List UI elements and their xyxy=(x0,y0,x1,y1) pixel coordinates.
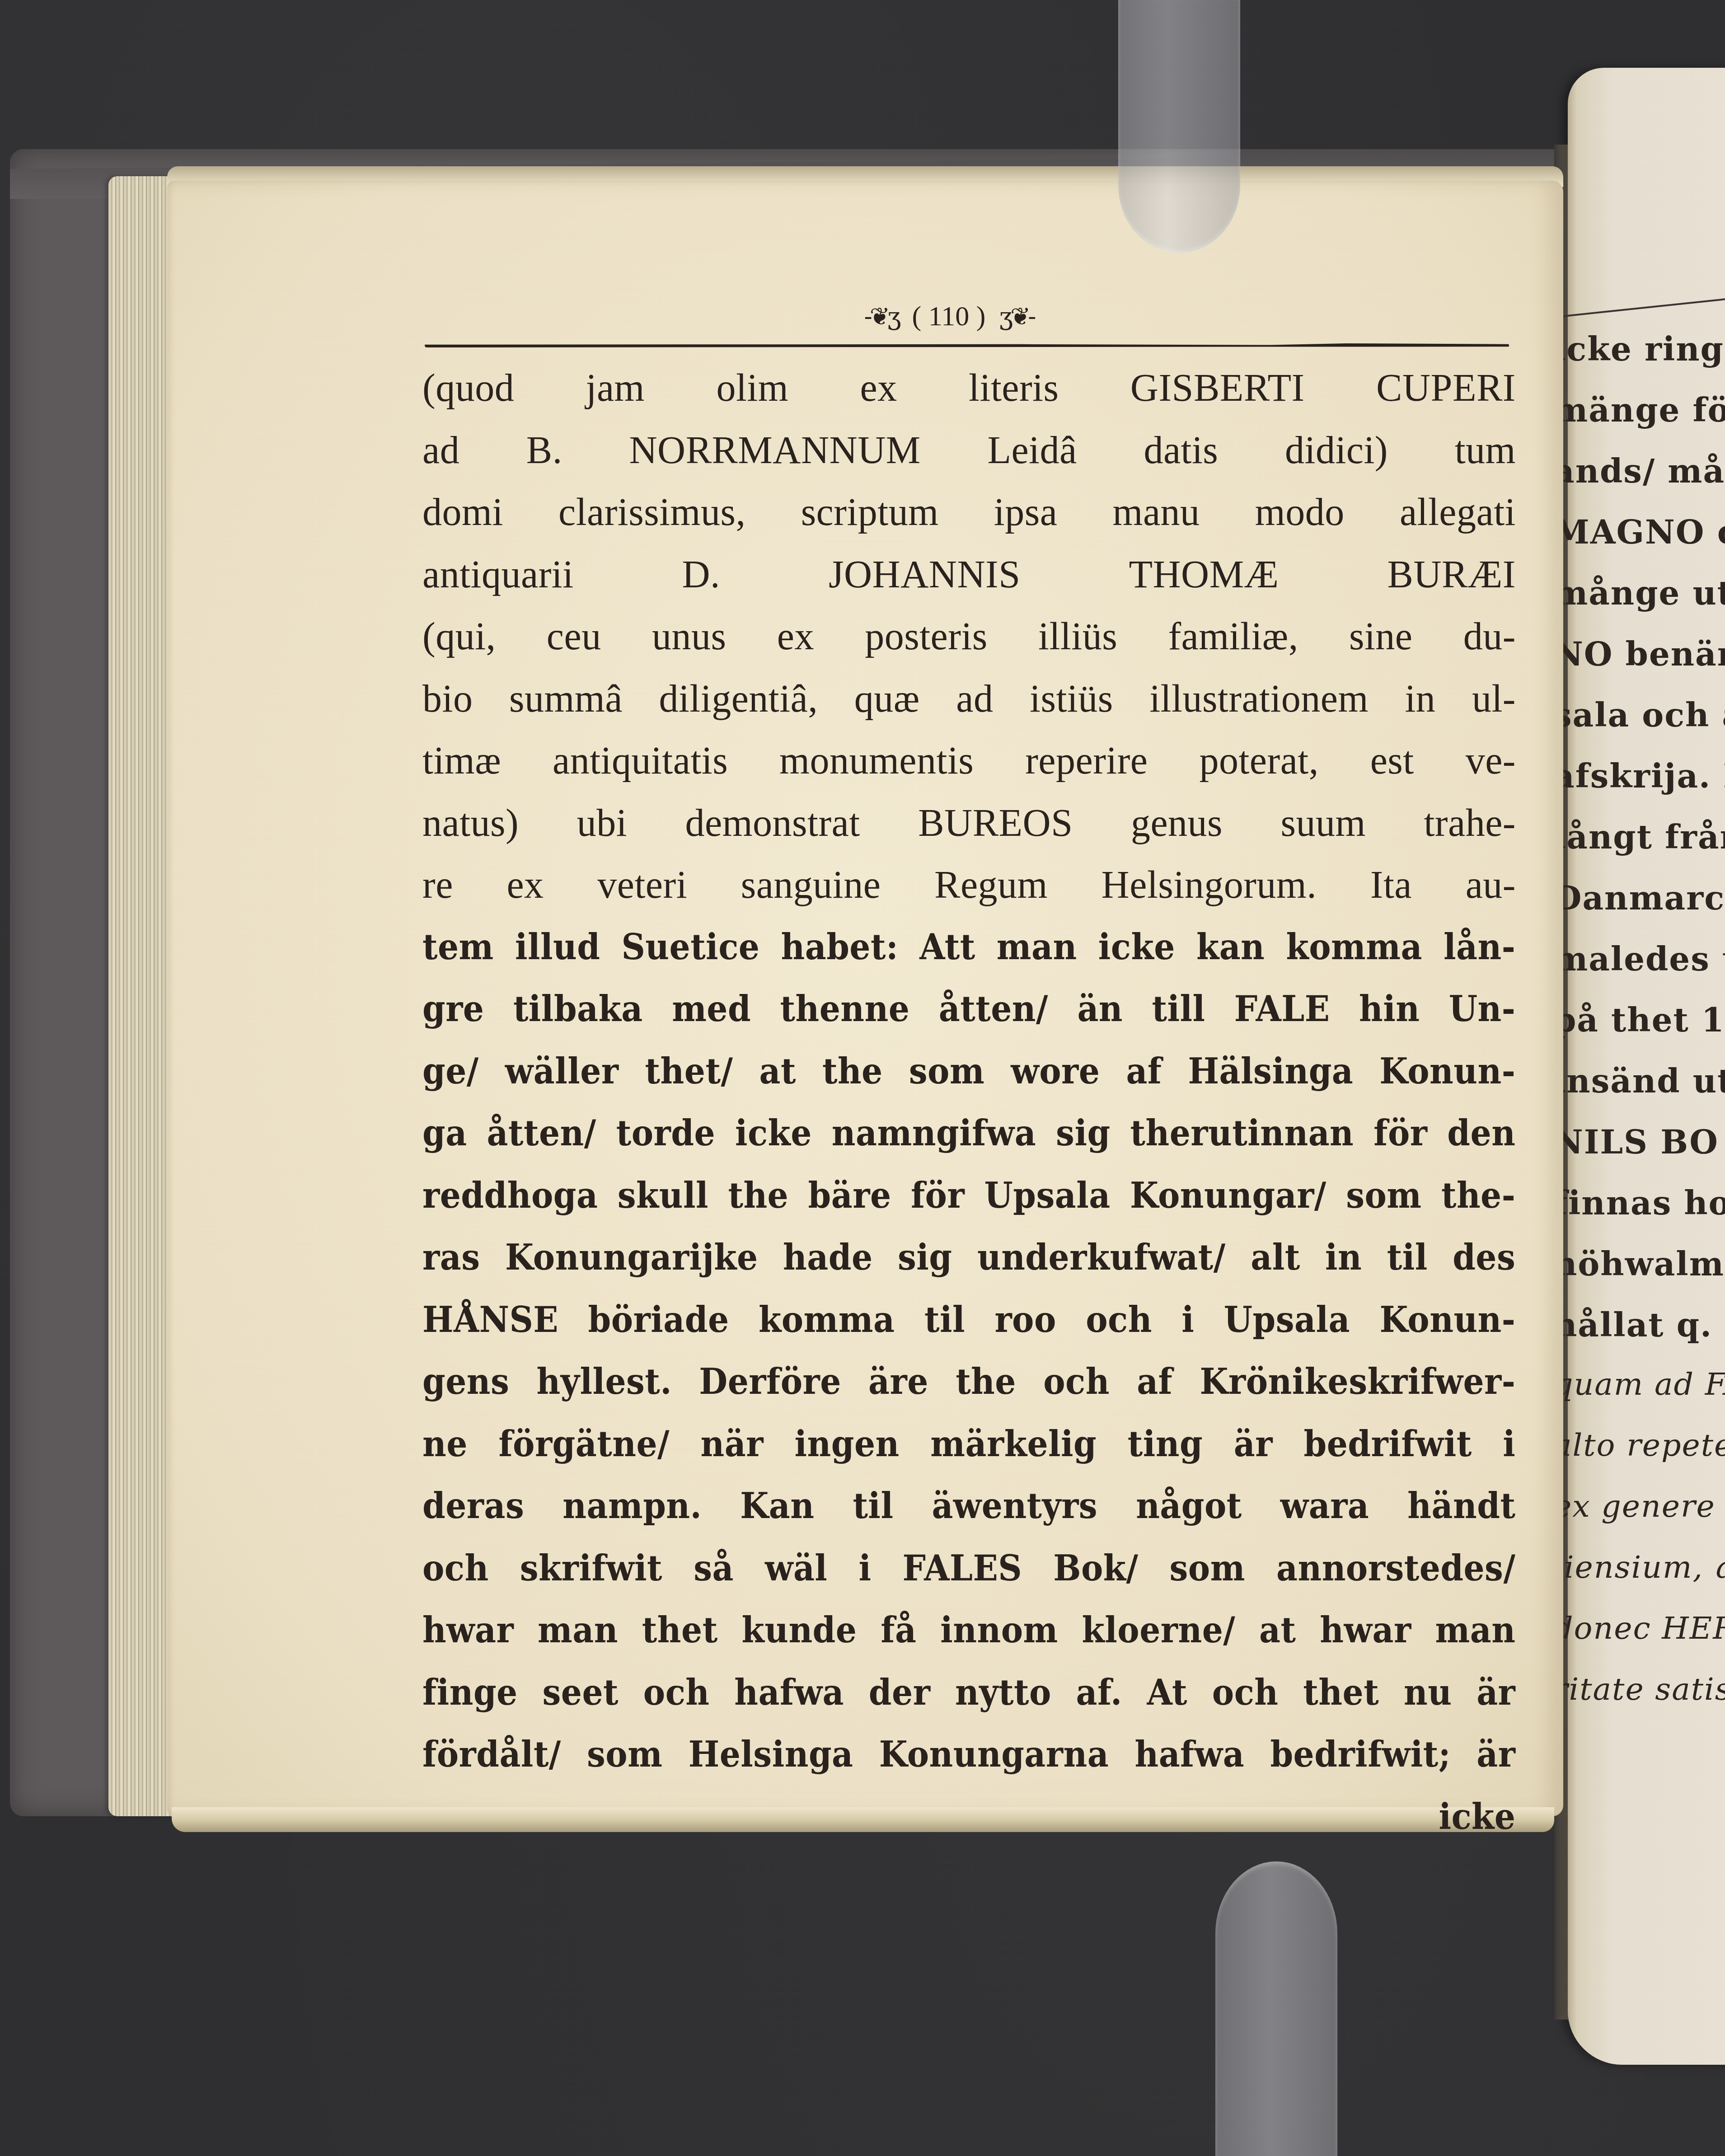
word: när xyxy=(701,1413,764,1476)
word: och xyxy=(1086,1289,1152,1351)
facing-page-line: donec HERS xyxy=(1553,1611,1725,1672)
word: reddhoga xyxy=(422,1165,598,1227)
text-line: genshyllest.DerföreäretheochafKrönikeskr… xyxy=(422,1351,1515,1413)
word: torde xyxy=(616,1102,715,1165)
word: Derföre xyxy=(699,1351,841,1413)
word: Un- xyxy=(1449,978,1516,1041)
facing-page-line: maledes til P xyxy=(1553,940,1725,1001)
word: the xyxy=(728,1165,788,1227)
word: (qui, xyxy=(422,605,496,668)
word: timæ xyxy=(422,730,501,792)
facing-page-line: på thet 1413 å xyxy=(1553,1001,1725,1062)
word: thet xyxy=(1303,1662,1379,1724)
word: förgätne/ xyxy=(498,1413,670,1476)
word: ad xyxy=(422,419,459,482)
word: manu xyxy=(1113,481,1200,544)
word: (quod xyxy=(422,357,514,419)
word: veteri xyxy=(597,854,687,916)
text-line: reddhogaskullthebäreförUpsalaKonungar/so… xyxy=(422,1165,1515,1227)
word: i xyxy=(1181,1289,1194,1351)
word: kan xyxy=(1196,916,1265,979)
word: therutinnan xyxy=(1130,1102,1354,1165)
word: Konungarijke xyxy=(505,1227,758,1289)
word: hyllest. xyxy=(537,1351,672,1413)
text-line: adB.NORRMANNUMLeidâdatisdidici)tum xyxy=(422,419,1516,482)
word: JOHANNIS xyxy=(829,544,1020,606)
word: ting xyxy=(1128,1413,1203,1476)
word: ve- xyxy=(1466,730,1516,792)
word: illud xyxy=(515,916,600,979)
text-line: hwarmanthetkundefåinnomkloerne/athwarman xyxy=(422,1599,1515,1662)
word: som xyxy=(1170,1537,1245,1600)
word: habet: xyxy=(781,916,898,979)
word: man xyxy=(538,1599,618,1662)
word: den xyxy=(1447,1102,1515,1165)
word: sanguine xyxy=(741,854,881,916)
word: est xyxy=(1370,730,1414,792)
word: domi xyxy=(422,481,503,544)
word: D. xyxy=(682,544,720,606)
text-line: natus)ubidemonstratBUREOSgenussuumtrahe- xyxy=(422,792,1516,854)
word: underkufwat/ xyxy=(977,1227,1226,1289)
word: af. xyxy=(1076,1662,1122,1724)
word: komma xyxy=(759,1289,895,1351)
word: ceu xyxy=(547,605,601,668)
word: ras xyxy=(422,1227,480,1289)
word: seet xyxy=(543,1662,619,1724)
word: hwar xyxy=(422,1599,514,1662)
word: annorstedes/ xyxy=(1276,1537,1515,1600)
word: komma xyxy=(1286,916,1422,979)
word: FALE xyxy=(1234,978,1330,1041)
text-line: ge/wällerthet/atthesomworeafHälsingaKonu… xyxy=(422,1041,1515,1103)
facing-page-line: finnas hos må xyxy=(1553,1184,1725,1245)
word: och xyxy=(422,1537,489,1600)
word: datis xyxy=(1144,419,1218,482)
word: så xyxy=(694,1537,734,1600)
facing-page-line: liensium, qui xyxy=(1553,1550,1725,1611)
word: sine xyxy=(1349,605,1413,668)
word: in xyxy=(1325,1227,1362,1289)
word: något xyxy=(1136,1475,1242,1537)
word: ga xyxy=(422,1102,467,1165)
page-clamp-bottom xyxy=(1215,1861,1337,2156)
word: lån- xyxy=(1444,916,1515,979)
word: til xyxy=(1387,1227,1428,1289)
word: istiüs xyxy=(1030,668,1113,730)
word: man xyxy=(1435,1599,1515,1662)
word: BURÆI xyxy=(1387,544,1516,606)
word: Regum xyxy=(934,854,1048,916)
word: Helsinga xyxy=(689,1724,853,1786)
word: antiquarii xyxy=(422,544,574,606)
text-line: ochskrifwitsåwäliFALESBok/somannorstedes… xyxy=(422,1537,1515,1600)
word: för xyxy=(911,1165,965,1227)
word: du- xyxy=(1463,605,1516,668)
word: hade xyxy=(783,1227,872,1289)
facing-page-line: insänd uti Po xyxy=(1553,1062,1725,1123)
word: Helsingorum. xyxy=(1102,854,1317,916)
word: för xyxy=(1373,1102,1427,1165)
word: natus) xyxy=(422,792,519,854)
text-line: biosummâdiligentiâ,quæadistiüsillustrati… xyxy=(422,668,1516,730)
word: modo xyxy=(1255,481,1345,544)
word: reperire xyxy=(1025,730,1148,792)
word: tilbaka xyxy=(513,978,643,1041)
word: ex xyxy=(506,854,544,916)
word: som xyxy=(909,1041,984,1103)
word: diligentiâ, xyxy=(659,668,818,730)
word: thenne xyxy=(780,978,910,1041)
word: Konun- xyxy=(1379,1289,1515,1351)
word: tum xyxy=(1455,419,1516,482)
word: nytto xyxy=(955,1662,1051,1724)
word: kunde xyxy=(741,1599,857,1662)
word: til xyxy=(853,1475,893,1537)
text-line: gaåtten/tordeickenamngifwasigtherutinnan… xyxy=(422,1102,1515,1165)
word: des xyxy=(1453,1227,1515,1289)
word: BUREOS xyxy=(918,792,1073,854)
word: illiüs xyxy=(1038,605,1117,668)
word: innom xyxy=(940,1599,1058,1662)
word: gre xyxy=(422,978,484,1041)
word: wara xyxy=(1280,1475,1369,1537)
word: ul- xyxy=(1472,668,1516,730)
text-line: fingeseetochhafwadernyttoaf.Atochthetnuä… xyxy=(422,1662,1515,1724)
word: til xyxy=(924,1289,965,1351)
word: hin xyxy=(1359,978,1420,1041)
word: trahe- xyxy=(1424,792,1516,854)
word: FALES xyxy=(903,1537,1022,1600)
word: fördålt/ xyxy=(422,1724,561,1786)
text-line: rasKonungarijkehadesigunderkufwat/altint… xyxy=(422,1227,1515,1289)
word: skull xyxy=(618,1165,708,1227)
word: icke xyxy=(1098,916,1175,979)
word: Krönikeskrifwer- xyxy=(1200,1351,1516,1413)
text-line: (qui,ceuunusexposterisilliüsfamiliæ,sine… xyxy=(422,605,1516,668)
word: suum xyxy=(1281,792,1366,854)
word: få xyxy=(881,1599,916,1662)
word: är xyxy=(1477,1662,1515,1724)
word: åtten/ xyxy=(939,978,1048,1041)
word: thet/ xyxy=(645,1041,733,1103)
word: böriade xyxy=(588,1289,729,1351)
word: the- xyxy=(1441,1165,1515,1227)
word: familiæ, xyxy=(1168,605,1298,668)
word: the xyxy=(956,1351,1016,1413)
word: ge/ xyxy=(422,1041,479,1103)
word: i xyxy=(1503,1413,1515,1476)
word: CUPERI xyxy=(1376,357,1516,419)
word: thet xyxy=(642,1599,718,1662)
facing-page-line: ex genere Reg xyxy=(1553,1489,1725,1550)
word: didici) xyxy=(1285,419,1388,482)
word: bäre xyxy=(808,1165,891,1227)
word: roo xyxy=(994,1289,1056,1351)
word: quæ xyxy=(854,668,920,730)
running-header: -❦ʒ ( 110 ) ʒ❦- xyxy=(745,289,1152,343)
word: sig xyxy=(1056,1102,1111,1165)
word: Konun- xyxy=(1379,1041,1515,1103)
word: allegati xyxy=(1400,481,1516,544)
catchword-text: icke xyxy=(1439,1786,1515,1848)
word: Ita xyxy=(1370,854,1412,916)
word: der xyxy=(869,1662,930,1724)
facing-page-line: afskrija. Mång xyxy=(1553,757,1725,818)
facing-page-line: sala och annorst xyxy=(1553,696,1725,757)
word: at xyxy=(759,1041,796,1103)
text-line: gretilbakamedthenneåtten/äntillFALEhinUn… xyxy=(422,978,1515,1041)
text-line: domiclarissimus,scriptumipsamanumodoalle… xyxy=(422,481,1516,544)
word: bedrifwit; xyxy=(1270,1724,1451,1786)
word: Upsala xyxy=(984,1165,1111,1227)
word: och xyxy=(1212,1662,1279,1724)
word: med xyxy=(672,978,751,1041)
catchword: icke xyxy=(422,1786,1515,1848)
word: tem xyxy=(422,916,494,979)
word: gens xyxy=(422,1351,509,1413)
word: som xyxy=(587,1724,662,1786)
text-line: timæantiquitatismonumentisreperirepotera… xyxy=(422,730,1516,792)
word: hwar xyxy=(1320,1599,1411,1662)
word: ne xyxy=(422,1413,468,1476)
text-line: antiquariiD.JOHANNISTHOMÆBURÆI xyxy=(422,544,1516,606)
word: the xyxy=(822,1041,883,1103)
word: åtten/ xyxy=(487,1102,596,1165)
word: literis xyxy=(969,357,1059,419)
facing-page-line: MAGNO och xyxy=(1553,513,1725,574)
text-line: (quodjamolimexliterisGISBERTICUPERI xyxy=(422,357,1516,419)
text-line: neförgätne/näringenmärkeligtingärbedrifw… xyxy=(422,1413,1515,1476)
word: NORRMANNUM xyxy=(629,419,920,482)
word: GISBERTI xyxy=(1130,357,1305,419)
word: Suetice xyxy=(621,916,759,979)
word: demonstrat xyxy=(685,792,860,854)
word: händt xyxy=(1407,1475,1515,1537)
facing-page-line: icke ringa orsak xyxy=(1553,330,1725,391)
word: ex xyxy=(860,357,897,419)
word: skrifwit xyxy=(520,1537,662,1600)
word: finge xyxy=(422,1662,518,1724)
word: re xyxy=(422,854,453,916)
word: man xyxy=(997,916,1077,979)
fleuron-right-icon: ʒ❦- xyxy=(999,302,1034,331)
word: ubi xyxy=(577,792,627,854)
word: HÅNSE xyxy=(422,1289,558,1351)
word: Hälsinga xyxy=(1188,1041,1354,1103)
text-line: temilludSueticehabet:Attmanickekankommal… xyxy=(422,916,1515,979)
word: ipsa xyxy=(994,481,1058,544)
word: märkelig xyxy=(930,1413,1097,1476)
word: äre xyxy=(868,1351,928,1413)
word: som xyxy=(1346,1165,1421,1227)
facing-page-line: alto repetenda, xyxy=(1553,1428,1725,1489)
word: monumentis xyxy=(779,730,974,792)
facing-page-line: Danmarck/ n xyxy=(1553,879,1725,940)
text-line: HÅNSEböriadekommatilrooochiUpsalaKonun- xyxy=(422,1289,1515,1351)
body-text: (quodjamolimexliterisGISBERTICUPERIadB.N… xyxy=(422,357,1516,1848)
word: summâ xyxy=(509,668,623,730)
word: genus xyxy=(1131,792,1223,854)
facing-page-line: månge utförde A xyxy=(1553,574,1725,635)
word: Kan xyxy=(740,1475,814,1537)
fleuron-left-icon: -❦ʒ xyxy=(864,302,899,331)
facing-page-line: quam ad FA xyxy=(1553,1367,1725,1428)
word: ex xyxy=(777,605,814,668)
text-line: derasnampn.Kantiläwentyrsnågotwarahändt xyxy=(422,1475,1515,1537)
word: nu xyxy=(1404,1662,1452,1724)
word: äwentyrs xyxy=(932,1475,1097,1537)
word: poterat, xyxy=(1199,730,1318,792)
facing-page-line: hållat q. såger xyxy=(1553,1306,1725,1367)
word: jam xyxy=(586,357,645,419)
word: icke xyxy=(735,1102,812,1165)
word: deras xyxy=(422,1475,524,1537)
word: än xyxy=(1077,978,1123,1041)
word: At xyxy=(1147,1662,1187,1724)
word: clarissimus, xyxy=(558,481,745,544)
word: olim xyxy=(716,357,788,419)
word: unus xyxy=(652,605,726,668)
word: bio xyxy=(422,668,473,730)
facing-page-line: ritate satis ca xyxy=(1553,1672,1725,1733)
word: wäller xyxy=(505,1041,619,1103)
word: Konungarna xyxy=(879,1724,1109,1786)
word: är xyxy=(1234,1413,1273,1476)
facing-page-line: ands/ månge xyxy=(1553,452,1725,513)
word: hafwa xyxy=(734,1662,844,1724)
word: är xyxy=(1477,1724,1515,1786)
word: ingen xyxy=(794,1413,899,1476)
text-line: reexveterisanguineRegumHelsingorum.Itaau… xyxy=(422,854,1516,916)
word: alt xyxy=(1251,1227,1300,1289)
word: Konungar/ xyxy=(1130,1165,1327,1227)
word: namngifwa xyxy=(832,1102,1036,1165)
word: nampn. xyxy=(562,1475,702,1537)
word: THOMÆ xyxy=(1129,544,1279,606)
word: till xyxy=(1152,978,1205,1041)
facing-page-line: NILS BO xyxy=(1553,1123,1725,1184)
word: B. xyxy=(526,419,562,482)
text-line: fördålt/somHelsingaKonungarnahafwabedrif… xyxy=(422,1724,1515,1786)
word: in xyxy=(1405,668,1435,730)
facing-page-line: höhwalmen/ a xyxy=(1553,1245,1725,1306)
word: antiquitatis xyxy=(553,730,728,792)
word: scriptum xyxy=(801,481,939,544)
word: bedrifwit xyxy=(1303,1413,1472,1476)
page-clamp-top xyxy=(1118,0,1240,253)
word: au- xyxy=(1466,854,1516,916)
word: af xyxy=(1137,1351,1172,1413)
facing-page-line: mänge förgiorde xyxy=(1553,391,1725,452)
word: Leidâ xyxy=(987,419,1077,482)
word: wore xyxy=(1011,1041,1100,1103)
facing-page-line: långt från Da xyxy=(1553,818,1725,879)
word: och xyxy=(643,1662,710,1724)
word: Bok/ xyxy=(1053,1537,1138,1600)
word: wäl xyxy=(765,1537,827,1600)
word: at xyxy=(1259,1599,1296,1662)
word: i xyxy=(858,1537,871,1600)
word: kloerne/ xyxy=(1082,1599,1236,1662)
word: hafwa xyxy=(1134,1724,1244,1786)
page-number: ( 110 ) xyxy=(912,300,986,333)
word: posteris xyxy=(865,605,988,668)
word: af xyxy=(1126,1041,1162,1103)
word: sig xyxy=(898,1227,952,1289)
word: illustrationem xyxy=(1149,668,1369,730)
word: Att xyxy=(919,916,975,979)
word: och xyxy=(1043,1351,1110,1413)
word: Upsala xyxy=(1224,1289,1350,1351)
facing-page-text: icke ringa orsakmänge förgiordeands/ mån… xyxy=(1553,330,1725,1733)
word: ad xyxy=(956,668,993,730)
facing-page-line: NO benämbd/ xyxy=(1553,635,1725,696)
